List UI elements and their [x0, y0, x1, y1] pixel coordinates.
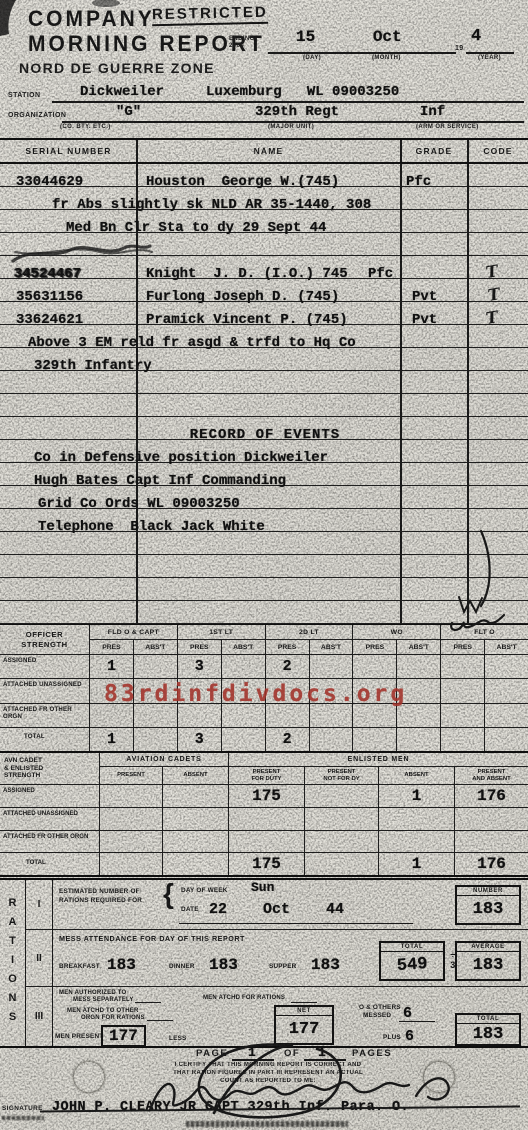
group-enlisted-men: ENLISTED MEN [229, 753, 528, 767]
breakfast-label: BREAKFAST [59, 963, 100, 971]
page-label: PAGE [196, 1049, 228, 1059]
roster-continuation-row: fr Abs slightly sk NLD AR 35-1440, 308 [0, 187, 528, 210]
row-label: ATTACHED FR OTHER ORGN [0, 831, 100, 853]
cell-value: 3 [195, 658, 204, 675]
row-label: ATTACHED UNASSIGNED [0, 808, 100, 830]
estimated-label-1: ESTIMATED NUMBER OF [59, 888, 140, 896]
event-row: Co in Defensive position Dickweiler [0, 440, 528, 463]
col-serial-number: SERIAL NUMBER [0, 140, 137, 162]
rations-section-numbers: I II III [26, 880, 53, 1046]
authorized-label-2: MESS SEPARATELY [73, 997, 134, 1004]
of-label: OF [284, 1049, 300, 1059]
site-watermark: 83rdinfdivdocs.org [104, 681, 407, 707]
estimated-label-2: RATIONS REQUIRED FOR [59, 897, 142, 905]
page-number: 1 [248, 1045, 256, 1060]
month-caption: (MONTH) [372, 55, 401, 61]
officer-row-assigned: ASSIGNED 1 3 2 [0, 655, 528, 679]
plus-value: 6 [405, 1028, 414, 1045]
brace: { [163, 878, 174, 910]
enlisted-column-headers: PRESENT ABSENT PRESENTFOR DUTY PRESENTNO… [100, 767, 528, 785]
roster-row-furlong: 35631156 Furlong Joseph D. (745) Pvt T [0, 279, 528, 302]
supper-label: SUPPER [269, 963, 296, 971]
rations-row-3: MEN AUTHORIZED TO MESS SEPARATELY MEN AT… [53, 987, 528, 1046]
record-of-events-heading-row: RECORD OF EVENTS [0, 417, 528, 440]
form-title-line1: COMPANY [28, 8, 155, 33]
row-label: TOTAL [0, 728, 90, 751]
roster-continuation-row: Med Bn Clr Sta to dy 29 Sept 44 [0, 210, 528, 233]
col-code: CODE [468, 140, 528, 162]
certification-line-1: I CERTIFY THAT THIS MORNING REPORT IS CO… [148, 1062, 388, 1068]
org-arm-value: Inf [420, 104, 445, 120]
total-value: 549 [396, 955, 428, 976]
row-label: TOTAL [0, 853, 100, 875]
number-value: 183 [473, 900, 504, 919]
less-label: LESS [169, 1035, 187, 1043]
org-company-caption: (CO. BTY. ETC.) [60, 124, 111, 130]
cell-value: 2 [283, 731, 292, 748]
station-value: Dickweiler Luxemburg WL 09003250 [80, 84, 399, 100]
cell-value: 175 [252, 855, 281, 873]
row-label: ASSIGNED [0, 785, 100, 807]
col-grade: GRADE [400, 140, 468, 162]
punch-hole-left [74, 1062, 104, 1092]
row-label: ATTACHED UNASSIGNED [0, 679, 90, 702]
roster-blank-row [0, 532, 528, 555]
day-of-week-value: Sun [251, 880, 274, 895]
average-label: AVERAGE [457, 943, 519, 952]
officer-row-total: TOTAL 1 3 2 [0, 728, 528, 751]
organization-label: ORGANIZATION [8, 112, 66, 119]
morning-report-scan: RESTRICTED COMPANY MORNING REPORT ENDING… [0, 0, 528, 1130]
plus-label: PLUS [383, 1034, 401, 1042]
col-ac-absent: ABSENT [163, 767, 229, 785]
roster-blank-row [0, 578, 528, 601]
officer-row-attached-other: ATTACHED FR OTHER ORGN [0, 704, 528, 728]
row-label: ASSIGNED [0, 655, 90, 678]
cell-value: 1 [107, 658, 116, 675]
mess-attendance-title: MESS ATTENDANCE FOR DAY OF THIS REPORT [59, 935, 245, 944]
total-box: TOTAL 549 [379, 941, 445, 981]
men-present-box: 177 [101, 1025, 146, 1047]
grand-total-box: TOTAL 183 [455, 1013, 521, 1046]
cell-value: 2 [283, 658, 292, 675]
col-em-absent: ABSENT [379, 767, 455, 785]
roster-blank-row [0, 394, 528, 417]
classification-stamp: RESTRICTED [152, 4, 268, 26]
number-box: NUMBER 183 [455, 885, 521, 925]
cell-value: 1 [412, 855, 422, 873]
roster-blank-row [0, 371, 528, 394]
pages-total: 1 [318, 1045, 326, 1060]
station-label: STATION [8, 92, 40, 99]
illegible-form-reference [2, 1116, 44, 1120]
enlisted-row-attached-other: ATTACHED FR OTHER ORGN [0, 831, 528, 854]
roster-blank-row [0, 624, 528, 646]
group-aviation-cadets: AVIATION CADETS [100, 753, 229, 767]
grand-total-label: TOTAL [457, 1015, 519, 1024]
certification-line-2: THAT RATION FIGURES IN PART III REPRESEN… [148, 1070, 388, 1076]
org-regiment-caption: (MAJOR UNIT) [268, 124, 314, 130]
col-em-present-duty: PRESENTFOR DUTY [229, 767, 305, 785]
year-prefix: 19 [455, 45, 464, 52]
dinner-label: DINNER [169, 963, 195, 971]
corner-blemish [0, 0, 16, 36]
event-row: Hugh Bates Capt Inf Commanding [0, 463, 528, 486]
cell-value: 176 [477, 855, 506, 873]
men-present-label: MEN PRESENT [55, 1033, 103, 1041]
total-label: TOTAL [381, 943, 443, 952]
corner-line: & ENLISTED [4, 765, 43, 773]
cell-value: 176 [477, 787, 506, 805]
corner-line: STRENGTH [4, 772, 40, 780]
punch-hole-right [424, 1062, 454, 1092]
date-value: 22 Oct 44 [209, 901, 344, 918]
atchd-other-label-2: ORGN FOR RATIONS [81, 1015, 145, 1022]
roster-row-pramick: 33624621 Pramick Vincent P. (745) Pvt T [0, 302, 528, 325]
cell-value: 1 [107, 731, 116, 748]
cell-value: 175 [252, 787, 281, 805]
roster-row-houston: 33044629 Houston George W.(745) Pfc [0, 164, 528, 187]
enlisted-corner: AVN CADET & ENLISTED STRENGTH [0, 753, 100, 785]
col-name: NAME [137, 140, 400, 162]
cell-value: 3 [195, 731, 204, 748]
org-company-value: "G" [116, 104, 141, 120]
report-date: 15 Oct [296, 28, 402, 46]
col-ac-present: PRESENT [100, 767, 163, 785]
year-caption: (YEAR) [478, 55, 501, 61]
ending-label-bottom: 2400 [229, 43, 244, 49]
net-value: 177 [289, 1020, 320, 1039]
number-label: NUMBER [457, 887, 519, 896]
corner-line: AVN CADET [4, 757, 42, 765]
average-value: 183 [473, 956, 504, 975]
roster-row-knight: 34524467 Knight J. D. (I.O.) 745 Pfc T [0, 256, 528, 279]
section-number-1: I [26, 880, 52, 930]
event-row: Telephone Black Jack White [0, 509, 528, 532]
roster-blank-row [0, 555, 528, 578]
event-row: Grid Co Ords WL 09003250 [0, 486, 528, 509]
illegible-fineprint [186, 1121, 348, 1127]
roster-remark-row: 329th Infantry [0, 348, 528, 371]
roster-remark-row: Above 3 EM reld fr asgd & trfd to Hq Co [0, 325, 528, 348]
others-value: 6 [403, 1005, 412, 1022]
enlisted-row-attached-unassigned: ATTACHED UNASSIGNED [0, 808, 528, 831]
rations-section: RATIONS I II III ESTIMATED NUMBER OF RAT… [0, 878, 528, 1048]
zone-heading: NORD DE GUERRE ZONE [19, 61, 215, 76]
ending-label-top: ENDING [229, 36, 255, 42]
others-label-1: O & OTHERS [359, 1004, 401, 1012]
report-year: 4 [471, 27, 481, 46]
enlisted-row-total: TOTAL 175 1 176 [0, 853, 528, 875]
net-label: NET [276, 1007, 332, 1016]
col-em-present-absent: PRESENTAND ABSENT [455, 767, 528, 785]
rations-row-1: ESTIMATED NUMBER OF RATIONS REQUIRED FOR… [53, 880, 528, 930]
cell-value: 1 [412, 787, 422, 805]
certification-line-3: COUNT AS REPORTED TO ME: [148, 1078, 388, 1084]
row-label: ATTACHED FR OTHER ORGN [0, 704, 90, 727]
dinner-value: 183 [209, 956, 238, 974]
pages-label: PAGES [352, 1049, 392, 1059]
day-of-week-label: DAY OF WEEK [181, 887, 228, 895]
signature-label: SIGNATURE [2, 1106, 43, 1113]
roster-header-row: SERIAL NUMBER NAME GRADE CODE [0, 140, 528, 164]
supper-value: 183 [311, 956, 340, 974]
org-arm-caption: (ARM OR SERVICE) [416, 124, 479, 130]
rations-row-2: MESS ATTENDANCE FOR DAY OF THIS REPORT B… [53, 930, 528, 987]
breakfast-value: 183 [107, 956, 136, 974]
roster-blank-row [0, 233, 528, 256]
enlisted-strength-table: AVN CADET & ENLISTED STRENGTH AVIATION C… [0, 753, 528, 877]
net-box: NET 177 [274, 1005, 334, 1045]
grand-total-value: 183 [473, 1025, 504, 1044]
atchd-for-rations-label: MEN ATCHD FOR RATIONS [203, 995, 285, 1002]
rations-vertical-label: RATIONS [0, 880, 26, 1046]
section-number-3: III [26, 987, 52, 1046]
enlisted-row-assigned: ASSIGNED 175 1 176 [0, 785, 528, 808]
date-label: DATE [181, 906, 199, 914]
roster-blank-row [0, 601, 528, 624]
section-number-2: II [26, 930, 52, 987]
day-caption: (DAY) [303, 55, 321, 61]
men-present-value: 177 [109, 1027, 138, 1045]
others-label-2: MESSED [363, 1012, 391, 1020]
col-em-present-not-duty: PRESENTNOT FOR DY [305, 767, 379, 785]
org-regiment-value: 329th Regt [255, 104, 339, 120]
average-box: AVERAGE 183 [455, 941, 521, 981]
roster-table: SERIAL NUMBER NAME GRADE CODE 33044629 H… [0, 138, 528, 625]
